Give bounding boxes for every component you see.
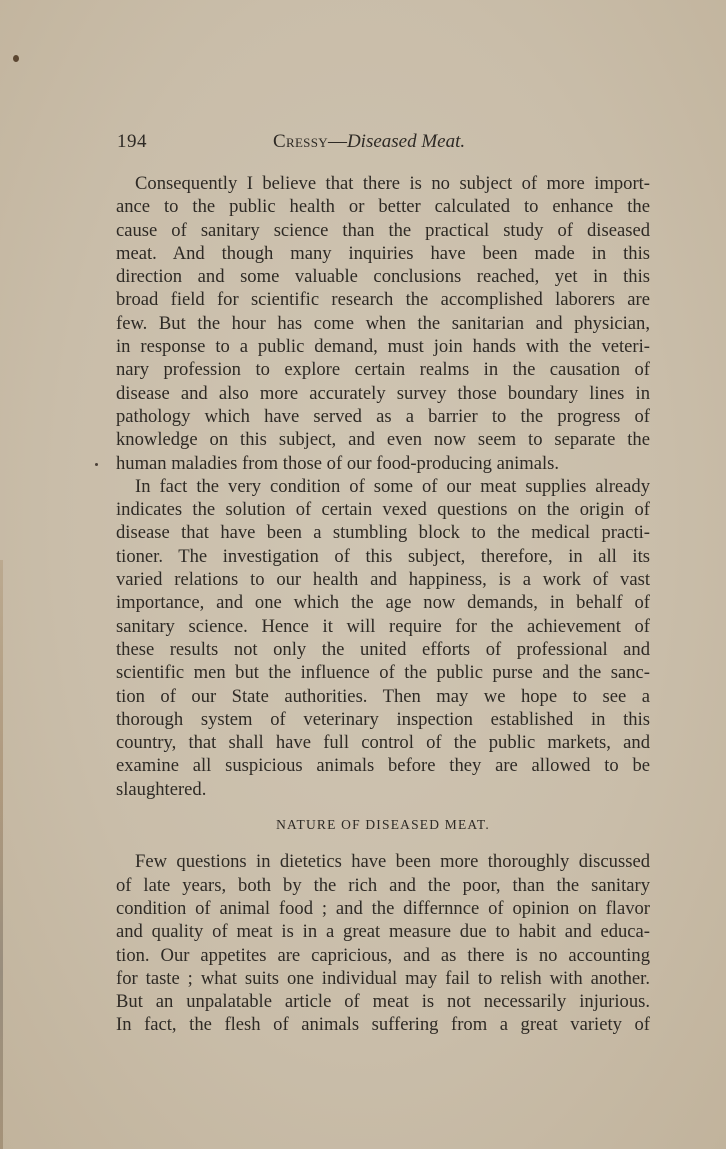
paragraph-3: Few questions in dietetics have been mor… bbox=[116, 850, 650, 1036]
header-author: Cressy bbox=[273, 131, 328, 152]
paragraph-1: Consequently I believe that there is no … bbox=[116, 172, 650, 475]
text-line: Few questions in dietetics have been mor… bbox=[116, 850, 650, 873]
text-line: pathology which have served as a barrier… bbox=[116, 405, 650, 428]
text-line: varied relations to our health and happi… bbox=[116, 568, 650, 591]
text-line: country, that shall have full control of… bbox=[116, 731, 650, 754]
text-line: tion. Our appetites are capricious, and … bbox=[116, 944, 650, 967]
text-line: Consequently I believe that there is no … bbox=[116, 172, 650, 195]
text-line: these results not only the united effort… bbox=[116, 638, 650, 661]
text-line: ance to the public health or better calc… bbox=[116, 195, 650, 218]
text-line: direction and some valuable conclusions … bbox=[116, 265, 650, 288]
text-line: condition of animal food ; and the diffe… bbox=[116, 897, 650, 920]
paragraph-2: In fact the very condition of some of ou… bbox=[116, 475, 650, 801]
paper-blemish bbox=[13, 55, 19, 62]
text-line: human maladies from those of our food-pr… bbox=[116, 452, 650, 475]
text-line: for taste ; what suits one individual ma… bbox=[116, 967, 650, 990]
text-line: sanitary science. Hence it will require … bbox=[116, 615, 650, 638]
text-line: In fact the very condition of some of ou… bbox=[116, 475, 650, 498]
text-line: disease that have been a stumbling block… bbox=[116, 521, 650, 544]
header-title: Cressy—Diseased Meat. bbox=[273, 131, 465, 153]
text-line: of late years, both by the rich and the … bbox=[116, 874, 650, 897]
scanned-book-page: 194 Cressy—Diseased Meat. Consequently I… bbox=[0, 0, 726, 1149]
page-number: 194 bbox=[117, 131, 147, 153]
text-line: indicates the solution of certain vexed … bbox=[116, 498, 650, 521]
text-line: tion of our State authorities. Then may … bbox=[116, 685, 650, 708]
body-text: Consequently I believe that there is no … bbox=[116, 172, 650, 1037]
text-line: But an unpalatable article of meat is no… bbox=[116, 990, 650, 1013]
text-line: importance, and one which the age now de… bbox=[116, 591, 650, 614]
header-dash: — bbox=[328, 131, 347, 152]
text-line: meat. And though many inquiries have bee… bbox=[116, 242, 650, 265]
text-line: slaughtered. bbox=[116, 778, 650, 801]
text-line: scientific men but the influence of the … bbox=[116, 661, 650, 684]
text-line: tioner. The investigation of this subjec… bbox=[116, 545, 650, 568]
text-line: knowledge on this subject, and even now … bbox=[116, 428, 650, 451]
text-line: and quality of meat is in a great measur… bbox=[116, 920, 650, 943]
page-edge bbox=[0, 560, 3, 1149]
running-head: 194 Cressy—Diseased Meat. bbox=[117, 131, 607, 157]
text-line: broad field for scientific research the … bbox=[116, 288, 650, 311]
section-heading: NATURE OF DISEASED MEAT. bbox=[116, 813, 650, 836]
text-line: examine all suspicious animals before th… bbox=[116, 754, 650, 777]
text-line: in response to a public demand, must joi… bbox=[116, 335, 650, 358]
text-line: cause of sanitary science than the pract… bbox=[116, 219, 650, 242]
text-line: nary profession to explore certain realm… bbox=[116, 358, 650, 381]
text-line: In fact, the flesh of animals suffering … bbox=[116, 1013, 650, 1036]
margin-mark bbox=[95, 463, 98, 466]
text-line: few. But the hour has come when the sani… bbox=[116, 312, 650, 335]
text-line: disease and also more accurately survey … bbox=[116, 382, 650, 405]
header-article-title: Diseased Meat. bbox=[347, 131, 465, 152]
text-line: thorough system of veterinary inspection… bbox=[116, 708, 650, 731]
